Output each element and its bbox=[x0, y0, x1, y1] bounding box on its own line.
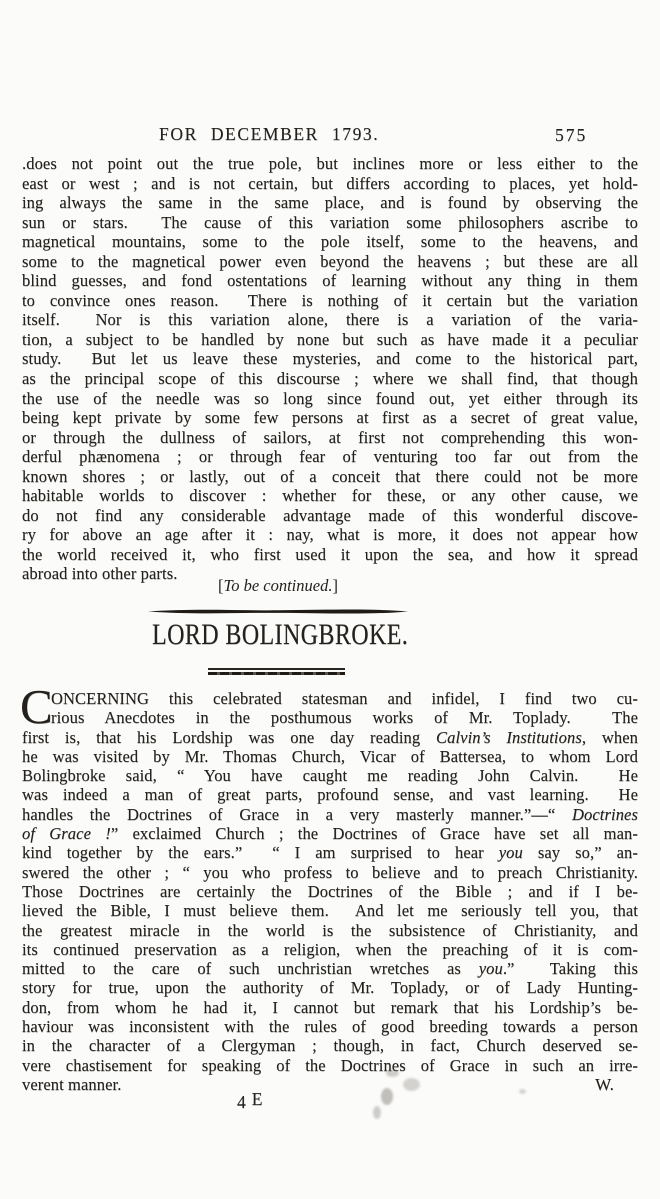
text-segment: ry for above an age after it : nay, what… bbox=[22, 525, 638, 544]
text-line: derful phænomena ; or through fear of ve… bbox=[22, 447, 638, 467]
text-segment: .” Taking this bbox=[503, 959, 638, 978]
running-head-title: FOR DECEMBER 1793. bbox=[159, 124, 379, 145]
text-segment: magnetical mountains, some to the pole i… bbox=[22, 232, 638, 251]
text-line: tion, a subject to be handled by none bu… bbox=[22, 330, 638, 350]
text-segment: .does not point out the true pole, but i… bbox=[22, 154, 638, 173]
text-line: rious Anecdotes in the posthumous works … bbox=[22, 708, 638, 727]
text-segment: in the character of a Clergyman ; though… bbox=[22, 1036, 638, 1055]
heading-underline-row bbox=[22, 662, 638, 680]
text-segment: itself. Nor is this variation alone, the… bbox=[22, 310, 638, 329]
text-segment: , when bbox=[582, 728, 638, 747]
double-rule-ornament bbox=[208, 668, 345, 675]
text-line: its continued preservation as a religion… bbox=[22, 940, 638, 959]
text-line: lieved the Bible, I must believe them. A… bbox=[22, 901, 638, 920]
text-line: the greatest miracle in the world is the… bbox=[22, 921, 638, 940]
text-line: being kept private by some few persons a… bbox=[22, 408, 638, 428]
text-line: do not find any considerable advantage m… bbox=[22, 506, 638, 526]
text-segment: study. But let us leave these mysteries,… bbox=[22, 349, 638, 368]
text-segment: rious Anecdotes in the posthumous works … bbox=[51, 708, 638, 727]
text-segment: mitted to the care of such unchristian w… bbox=[22, 959, 479, 978]
text-segment: the use of the needle was so long since … bbox=[22, 389, 638, 408]
article-heading-row: LORD BOLINGBROKE. bbox=[22, 617, 638, 653]
ink-smudge bbox=[373, 1106, 381, 1119]
text-segment: known shores ; or lastly, out of a conce… bbox=[22, 467, 638, 486]
text-line: to convince ones reason. There is nothin… bbox=[22, 291, 638, 311]
text-segment: the world received it, who first used it… bbox=[22, 545, 638, 564]
ink-smudge bbox=[381, 1088, 393, 1105]
text-segment: don, from whom he had it, I cannot but r… bbox=[22, 998, 638, 1017]
text-segment: was indeed a man of great parts, profoun… bbox=[22, 785, 638, 804]
text-segment: as the principal scope of this discourse… bbox=[22, 369, 638, 388]
text-line: or through the dullness of sailors, at f… bbox=[22, 428, 638, 448]
running-head: FOR DECEMBER 1793. 575 bbox=[0, 124, 660, 148]
text-line: the world received it, who first used it… bbox=[22, 545, 638, 565]
italic-text-segment: Calvin’s Institutions bbox=[436, 728, 582, 747]
compass-article-text: .does not point out the true pole, but i… bbox=[22, 154, 638, 584]
ink-smudge bbox=[519, 1089, 526, 1094]
text-segment: tion, a subject to be handled by none bu… bbox=[22, 330, 638, 349]
text-segment: haviour was inconsistent with the rules … bbox=[22, 1017, 638, 1036]
text-segment: first is, that his Lordship was one day … bbox=[22, 728, 436, 747]
text-line: magnetical mountains, some to the pole i… bbox=[22, 232, 638, 252]
text-segment: east or west ; and is not certain, but d… bbox=[22, 174, 638, 193]
text-segment: Those Doctrines are certainly the Doctri… bbox=[22, 882, 638, 901]
text-line: blind guesses, and fond ostentations of … bbox=[22, 271, 638, 291]
text-segment: derful phænomena ; or through fear of ve… bbox=[22, 447, 638, 466]
bolingbroke-lines: ONCERNING this celebrated statesman and … bbox=[22, 689, 638, 1075]
drop-cap-letter: C bbox=[20, 682, 53, 731]
text-line: first is, that his Lordship was one day … bbox=[22, 728, 638, 747]
press-mark-number: 4 bbox=[237, 1092, 246, 1112]
text-line: ing always the same in the same place, a… bbox=[22, 193, 638, 213]
text-segment: handles the Doctrines of Grace in a very… bbox=[22, 805, 572, 824]
text-line: sun or stars. The cause of this variatio… bbox=[22, 213, 638, 233]
tailpiece-close-bracket: ] bbox=[332, 576, 338, 595]
text-segment: vere chastisement for speaking of the Do… bbox=[22, 1056, 638, 1075]
text-line: some to the magnetical power even beyond… bbox=[22, 252, 638, 272]
article-title: LORD BOLINGBROKE. bbox=[152, 617, 408, 653]
italic-text-segment: you bbox=[479, 959, 503, 978]
text-segment: ing always the same in the same place, a… bbox=[22, 193, 638, 212]
text-segment: the greatest miracle in the world is the… bbox=[22, 921, 638, 940]
page-number: 575 bbox=[555, 125, 587, 146]
text-segment: story for true, upon the authority of Mr… bbox=[22, 978, 638, 997]
to-be-continued-note: [To be continued.] bbox=[218, 576, 338, 596]
author-signature: W. bbox=[595, 1075, 614, 1094]
ink-smudge bbox=[403, 1078, 420, 1091]
text-line: kind together by the ears.” “ I am surpr… bbox=[22, 843, 638, 862]
bolingbroke-article-text: C ONCERNING this celebrated statesman an… bbox=[22, 689, 638, 1094]
text-line: itself. Nor is this variation alone, the… bbox=[22, 310, 638, 330]
text-line: vere chastisement for speaking of the Do… bbox=[22, 1056, 638, 1075]
text-segment: some to the magnetical power even beyond… bbox=[22, 252, 638, 271]
text-line: the use of the needle was so long since … bbox=[22, 389, 638, 409]
text-line: Those Doctrines are certainly the Doctri… bbox=[22, 882, 638, 901]
text-line: swered the other ; “ you who profess to … bbox=[22, 863, 638, 882]
text-segment: kind together by the ears.” “ I am surpr… bbox=[22, 843, 499, 862]
text-segment: sun or stars. The cause of this variatio… bbox=[22, 213, 638, 232]
text-line: habitable worlds to discover : whether f… bbox=[22, 486, 638, 506]
text-line: handles the Doctrines of Grace in a very… bbox=[22, 805, 638, 824]
text-segment: swered the other ; “ you who profess to … bbox=[22, 863, 638, 882]
final-line-text: verent manner. bbox=[22, 1075, 121, 1094]
text-segment: being kept private by some few persons a… bbox=[22, 408, 638, 427]
text-line: story for true, upon the authority of Mr… bbox=[22, 978, 638, 997]
text-line: he was visited by Mr. Thomas Church, Vic… bbox=[22, 747, 638, 766]
text-segment: ” exclaimed Church ; the Doctrines of Gr… bbox=[111, 824, 638, 843]
text-line: .does not point out the true pole, but i… bbox=[22, 154, 638, 174]
italic-text-segment: Doctrines bbox=[572, 805, 638, 824]
text-line: haviour was inconsistent with the rules … bbox=[22, 1017, 638, 1036]
text-line: mitted to the care of such unchristian w… bbox=[22, 959, 638, 978]
printed-page: FOR DECEMBER 1793. 575 .does not point o… bbox=[0, 0, 660, 1199]
text-line: was indeed a man of great parts, profoun… bbox=[22, 785, 638, 804]
text-segment: habitable worlds to discover : whether f… bbox=[22, 486, 638, 505]
text-segment: he was visited by Mr. Thomas Church, Vic… bbox=[22, 747, 638, 766]
text-segment: do not find any considerable advantage m… bbox=[22, 506, 638, 525]
text-segment: its continued preservation as a religion… bbox=[22, 940, 638, 959]
tailpiece-text: To be continued. bbox=[224, 576, 333, 595]
text-line: don, from whom he had it, I cannot but r… bbox=[22, 998, 638, 1017]
text-segment: or through the dullness of sailors, at f… bbox=[22, 428, 638, 447]
tailpiece-row: [To be continued.] bbox=[22, 576, 638, 596]
text-segment: blind guesses, and fond ostentations of … bbox=[22, 271, 638, 290]
text-segment: to convince ones reason. There is nothin… bbox=[22, 291, 638, 310]
text-segment: lieved the Bible, I must believe them. A… bbox=[22, 901, 638, 920]
text-segment: Bolingbroke said, “ You have caught me r… bbox=[22, 766, 638, 785]
rule-bottom-line bbox=[208, 672, 345, 675]
text-line: in the character of a Clergyman ; though… bbox=[22, 1036, 638, 1055]
ink-smudge bbox=[386, 1069, 399, 1077]
press-mark-letter: E bbox=[252, 1089, 263, 1109]
press-signature-mark: 4E bbox=[237, 1089, 262, 1110]
italic-text-segment: you bbox=[499, 843, 523, 862]
text-segment: say so,” an- bbox=[523, 843, 638, 862]
text-line: as the principal scope of this discourse… bbox=[22, 369, 638, 389]
text-line: Bolingbroke said, “ You have caught me r… bbox=[22, 766, 638, 785]
italic-text-segment: of Grace ! bbox=[22, 824, 111, 843]
text-line: ONCERNING this celebrated statesman and … bbox=[22, 689, 638, 708]
text-line: known shores ; or lastly, out of a conce… bbox=[22, 467, 638, 487]
text-line: ry for above an age after it : nay, what… bbox=[22, 525, 638, 545]
final-line-row: verent manner. W. bbox=[22, 1075, 638, 1094]
text-line: of Grace !” exclaimed Church ; the Doctr… bbox=[22, 824, 638, 843]
text-line: study. But let us leave these mysteries,… bbox=[22, 349, 638, 369]
text-segment: ONCERNING this celebrated statesman and … bbox=[51, 689, 638, 708]
text-line: east or west ; and is not certain, but d… bbox=[22, 174, 638, 194]
swelled-rule-ornament bbox=[147, 607, 409, 616]
